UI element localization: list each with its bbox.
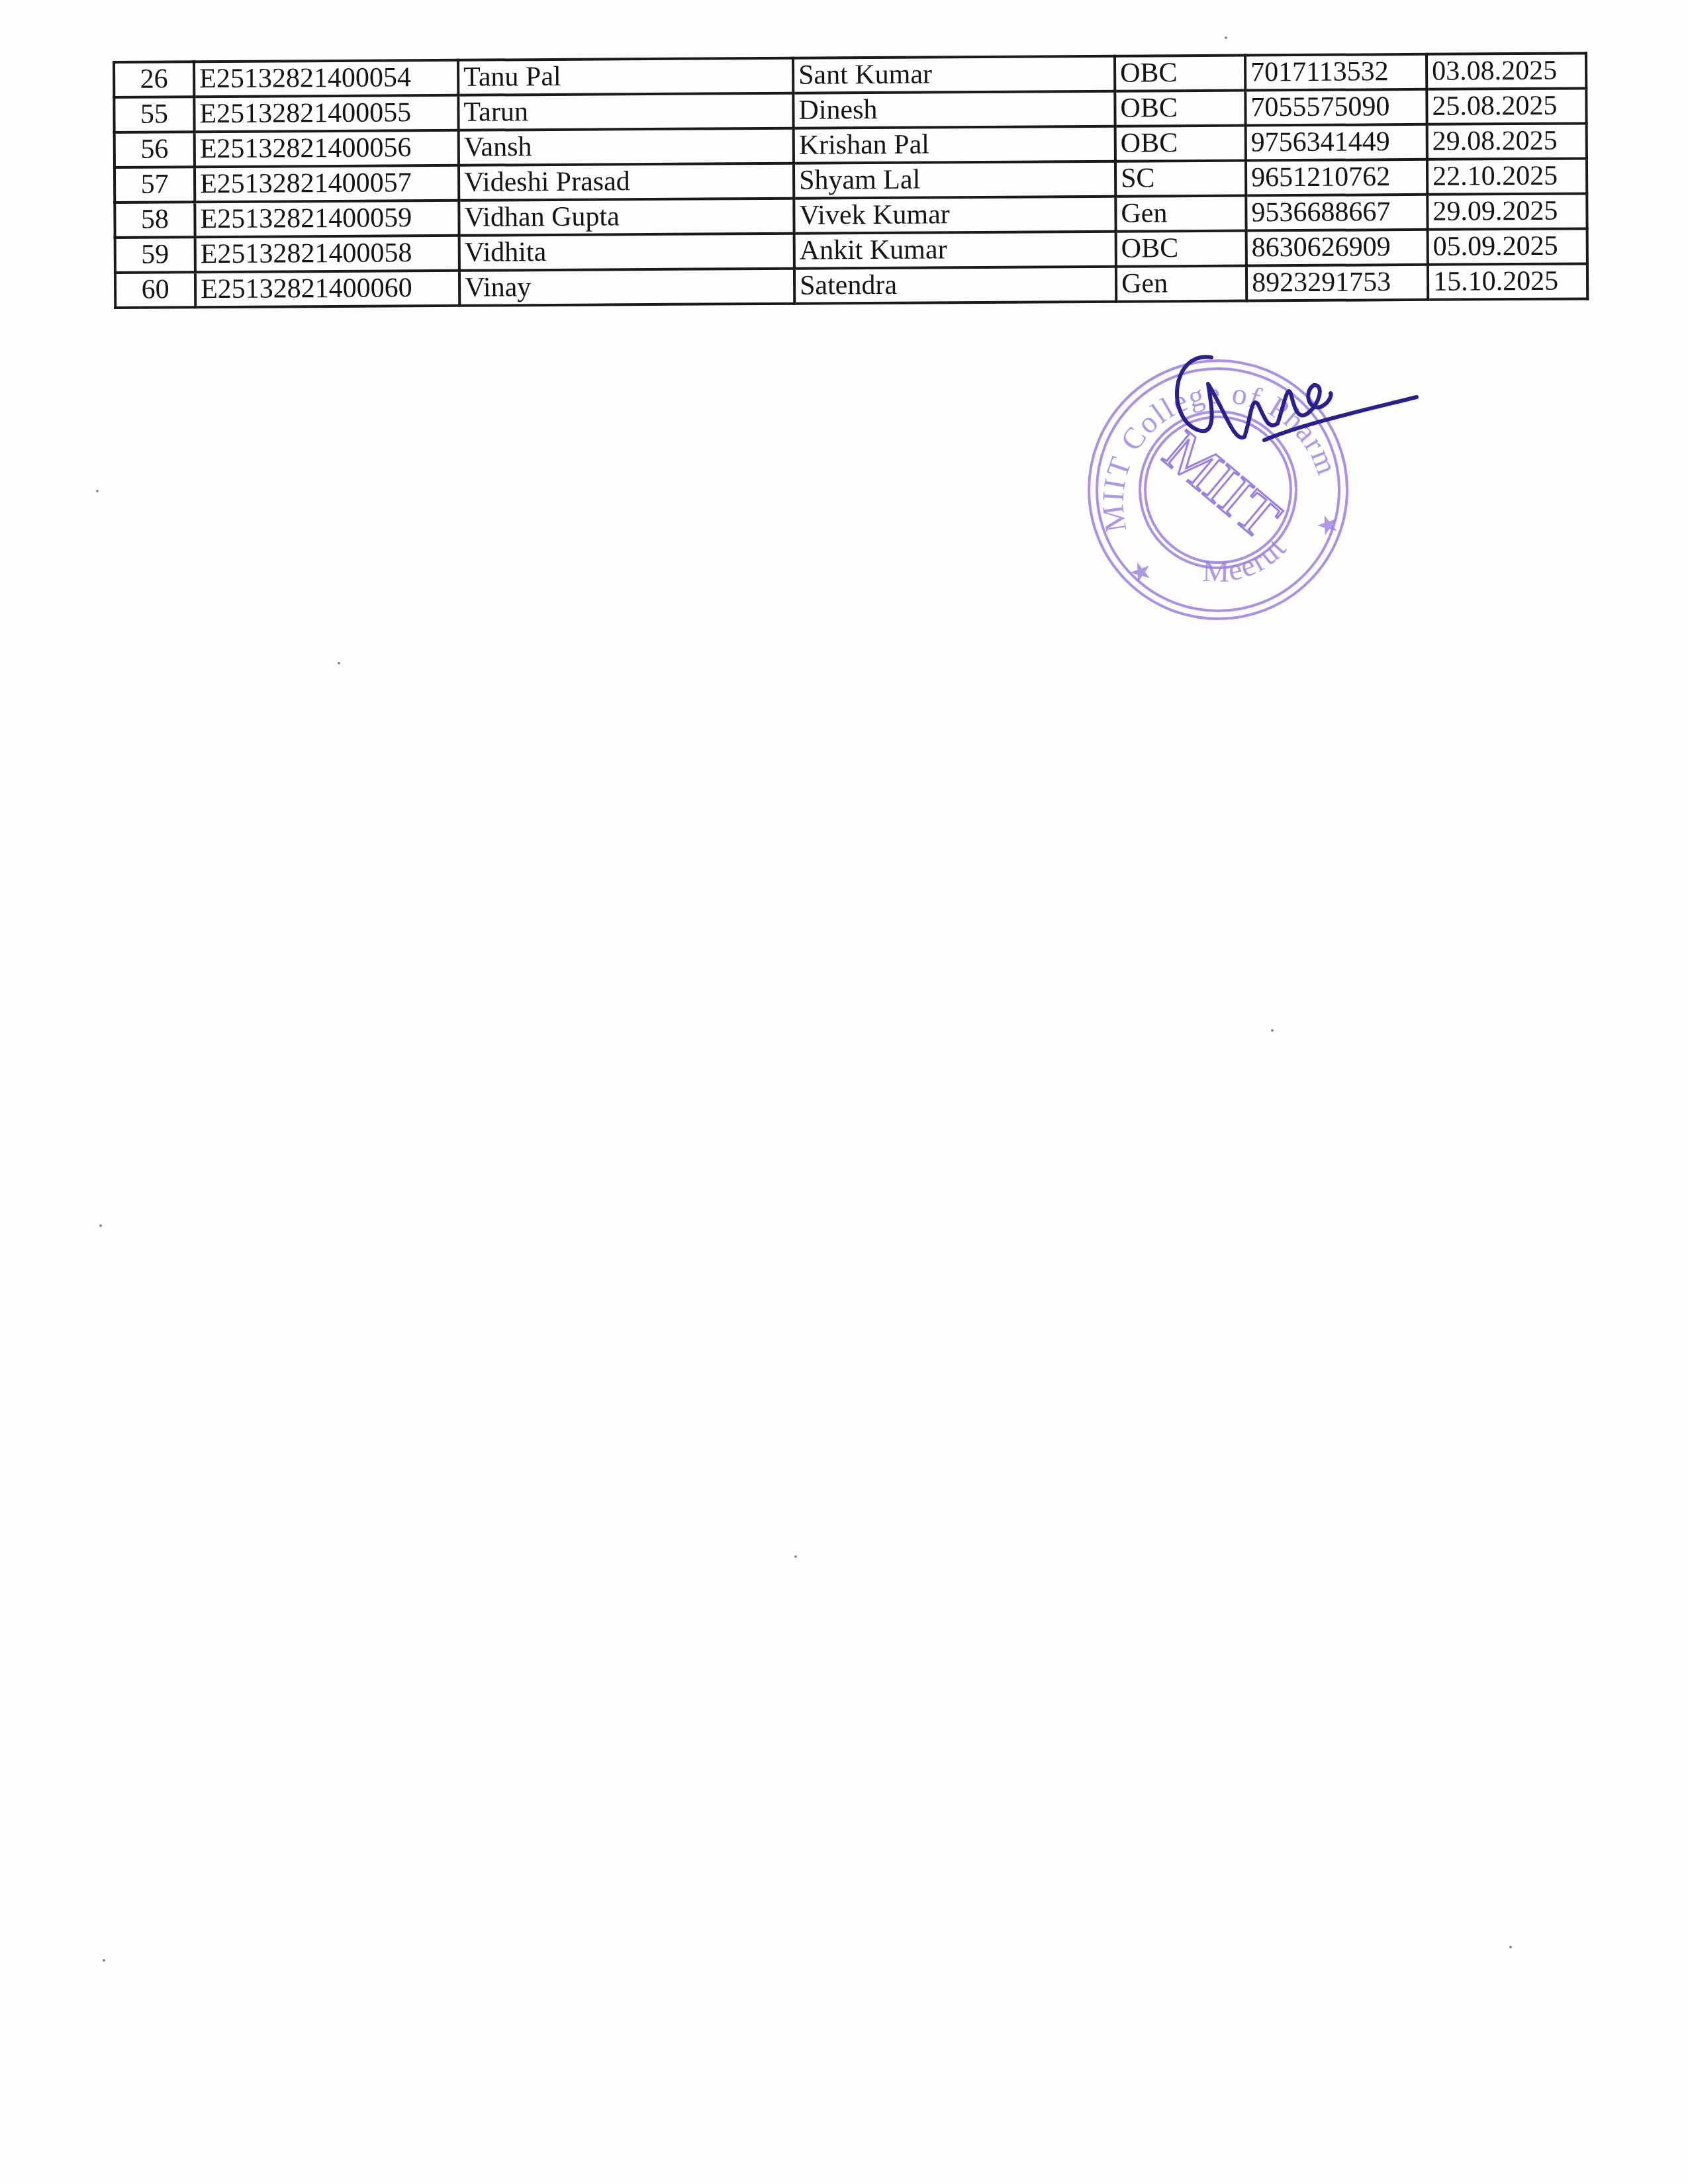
father-name-cell: Satendra (794, 267, 1116, 304)
date-cell: 25.08.2025 (1427, 88, 1586, 124)
category-cell: OBC (1115, 126, 1246, 161)
father-name-cell: Shyam Lal (794, 161, 1115, 199)
scan-speck (96, 490, 99, 492)
serial-number-cell: 58 (115, 202, 195, 238)
date-cell: 05.09.2025 (1428, 228, 1587, 264)
category-cell: OBC (1116, 231, 1246, 267)
father-name-cell: Vivek Kumar (794, 197, 1115, 234)
date-cell: 03.08.2025 (1427, 53, 1586, 89)
father-name-cell: Krishan Pal (794, 126, 1115, 163)
father-name-cell: Sant Kumar (793, 56, 1115, 93)
date-cell: 29.09.2025 (1427, 193, 1587, 229)
scan-speck (103, 1959, 105, 1962)
enrollment-number-cell: E25132821400060 (195, 271, 459, 307)
student-name-cell: Vidhan Gupta (459, 199, 794, 236)
scan-speck (1271, 1029, 1274, 1032)
student-name-cell: Vansh (459, 128, 794, 165)
mobile-number-cell: 7017113532 (1245, 54, 1427, 91)
father-name-cell: Ankit Kumar (794, 232, 1116, 269)
scan-speck (1225, 36, 1227, 39)
scan-speck (99, 1224, 102, 1227)
father-name-cell: Dinesh (793, 91, 1115, 128)
serial-number-cell: 26 (114, 62, 194, 97)
enrollment-number-cell: E25132821400054 (194, 60, 458, 97)
serial-number-cell: 59 (115, 237, 195, 273)
scan-speck (338, 662, 340, 664)
enrollment-number-cell: E25132821400057 (195, 165, 459, 202)
student-name-cell: Vidhita (459, 234, 794, 271)
scan-speck (794, 1555, 797, 1558)
date-cell: 15.10.2025 (1428, 263, 1587, 299)
date-cell: 29.08.2025 (1427, 123, 1587, 159)
category-cell: SC (1115, 161, 1246, 197)
student-name-cell: Tarun (458, 93, 793, 130)
mobile-number-cell: 9536688667 (1246, 195, 1427, 231)
mobile-number-cell: 9756341449 (1246, 124, 1427, 161)
mobile-number-cell: 8630626909 (1246, 230, 1428, 266)
serial-number-cell: 57 (115, 167, 195, 203)
category-cell: OBC (1115, 91, 1245, 126)
student-table: 26E25132821400054Tanu PalSant KumarOBC70… (113, 52, 1589, 309)
serial-number-cell: 56 (115, 132, 195, 167)
mobile-number-cell: 7055575090 (1245, 89, 1427, 126)
mobile-number-cell: 9651210762 (1246, 159, 1427, 196)
enrollment-number-cell: E25132821400058 (195, 236, 459, 272)
date-cell: 22.10.2025 (1427, 158, 1587, 194)
category-cell: Gen (1115, 196, 1246, 232)
category-cell: OBC (1115, 56, 1245, 91)
mobile-number-cell: 8923291753 (1246, 265, 1428, 301)
enrollment-number-cell: E25132821400055 (194, 95, 458, 132)
student-name-cell: Vinay (459, 269, 794, 306)
serial-number-cell: 60 (115, 272, 195, 308)
scan-speck (1509, 1946, 1512, 1948)
document-page: 26E25132821400054Tanu PalSant KumarOBC70… (0, 0, 1688, 2184)
student-name-cell: Tanu Pal (458, 58, 793, 95)
enrollment-number-cell: E25132821400056 (195, 130, 459, 167)
serial-number-cell: 55 (114, 97, 194, 132)
signature (1172, 344, 1423, 477)
student-name-cell: Videshi Prasad (459, 163, 794, 201)
category-cell: Gen (1116, 266, 1246, 302)
enrollment-number-cell: E25132821400059 (195, 201, 459, 237)
